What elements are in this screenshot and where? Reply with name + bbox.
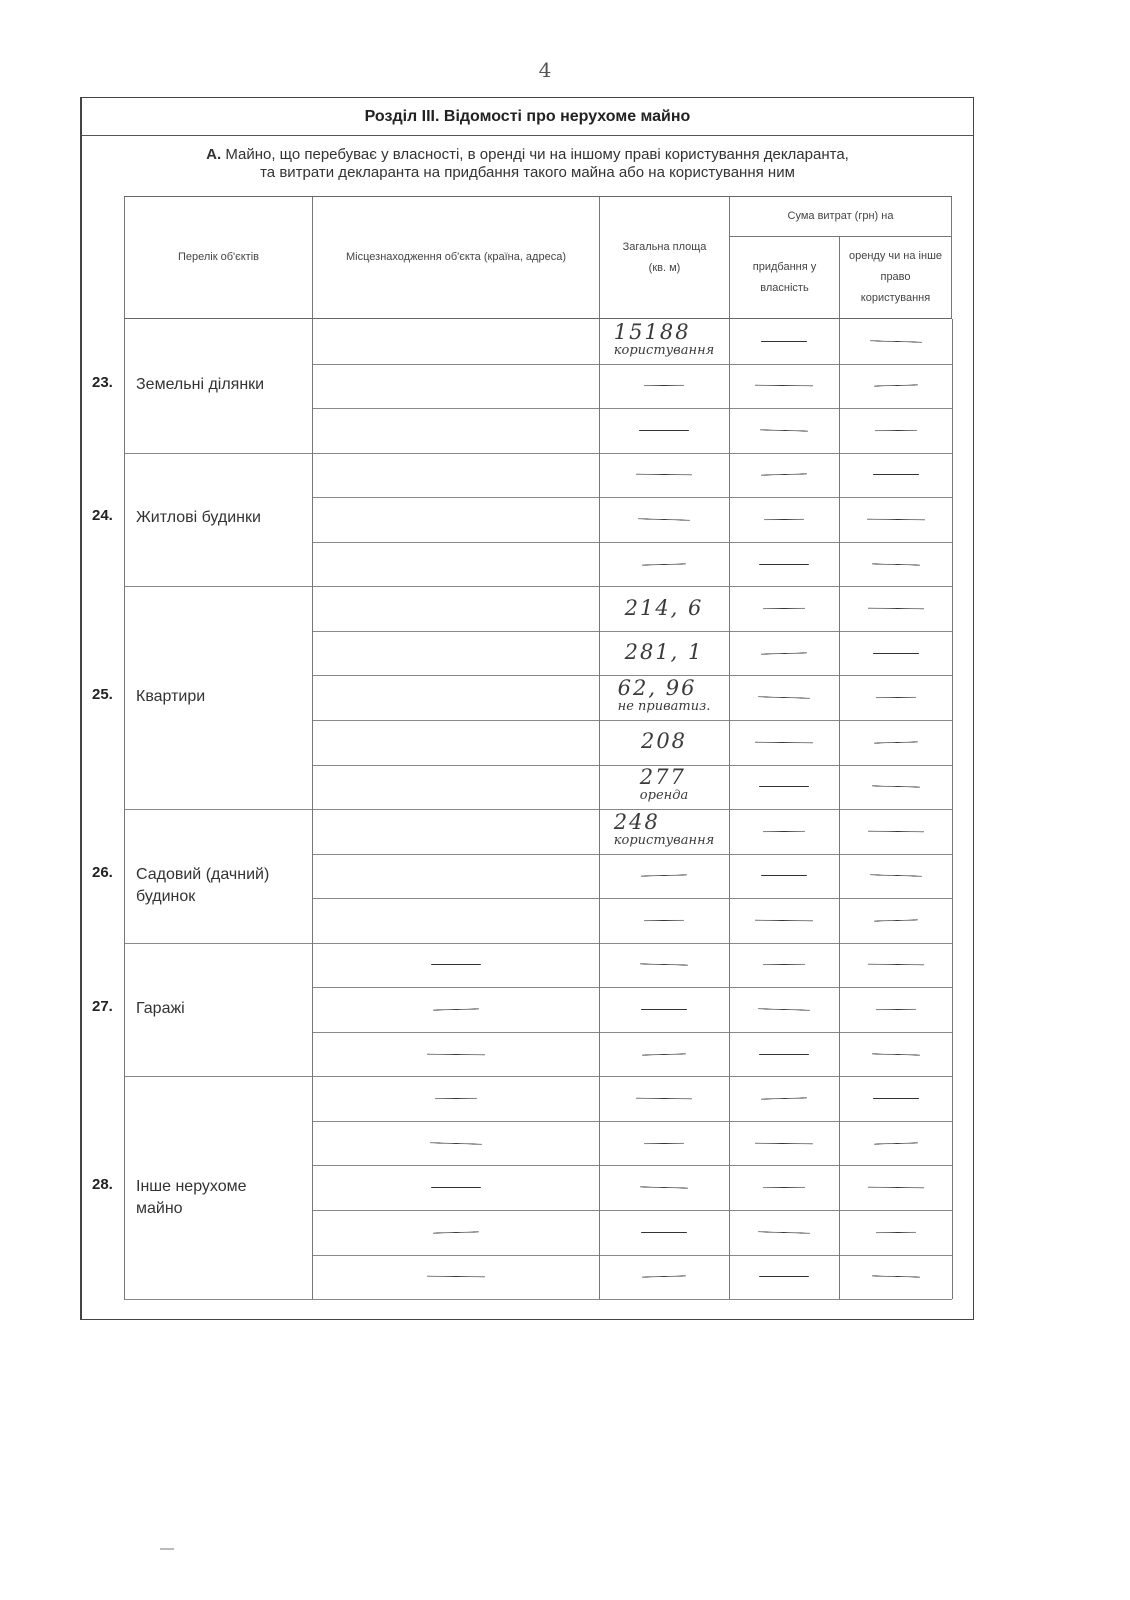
group-number: 28. bbox=[92, 1176, 113, 1193]
cell-area[interactable] bbox=[599, 943, 729, 988]
cell-rent[interactable] bbox=[839, 497, 952, 542]
header-objects: Перелік об'єктів bbox=[124, 197, 312, 318]
cell-location[interactable] bbox=[312, 1121, 599, 1166]
handwritten-dash bbox=[873, 1098, 919, 1099]
cell-purchase[interactable] bbox=[729, 765, 839, 810]
subtitle-line-2: та витрати декларанта на придбання таког… bbox=[82, 164, 973, 182]
subtitle-prefix: А. bbox=[206, 146, 221, 163]
handwritten-dash bbox=[642, 1053, 686, 1055]
handwritten-dash bbox=[761, 875, 807, 876]
handwritten-dash bbox=[636, 1098, 692, 1100]
cell-purchase[interactable] bbox=[729, 987, 839, 1032]
cell-area[interactable] bbox=[599, 497, 729, 542]
cell-area[interactable] bbox=[599, 1210, 729, 1255]
column-border bbox=[599, 319, 600, 1299]
cell-purchase[interactable] bbox=[729, 1255, 839, 1300]
handwritten-dash bbox=[873, 1142, 917, 1144]
cell-area[interactable]: 277оренда bbox=[599, 765, 729, 810]
column-border bbox=[312, 319, 313, 1299]
handwritten-dash bbox=[763, 1187, 805, 1189]
cell-rent[interactable] bbox=[839, 720, 952, 765]
cell-purchase[interactable] bbox=[729, 1165, 839, 1210]
handwritten-dash bbox=[636, 474, 692, 476]
cell-location[interactable] bbox=[312, 898, 599, 943]
cell-purchase[interactable] bbox=[729, 453, 839, 498]
handwritten-dash bbox=[431, 1187, 481, 1188]
handwritten-dash bbox=[644, 920, 684, 922]
cell-area[interactable] bbox=[599, 1076, 729, 1121]
cell-location[interactable] bbox=[312, 943, 599, 988]
handwritten-dash bbox=[866, 519, 924, 521]
group-label: Садовий (дачний) будинок bbox=[136, 864, 296, 908]
handwritten-dash bbox=[875, 1231, 915, 1233]
cell-location[interactable] bbox=[312, 408, 599, 453]
header-expenses-group: Сума витрат (грн) на bbox=[729, 197, 952, 237]
cell-area[interactable] bbox=[599, 854, 729, 899]
handwritten-dash bbox=[871, 1276, 919, 1278]
handwritten-dash bbox=[869, 875, 921, 877]
handwritten-dash bbox=[873, 385, 917, 387]
handwritten-dash bbox=[867, 830, 923, 832]
cell-location[interactable] bbox=[312, 453, 599, 498]
cell-area[interactable]: 214, 6 bbox=[599, 586, 729, 631]
cell-location[interactable] bbox=[312, 586, 599, 631]
handwritten-dash bbox=[867, 964, 923, 966]
cell-location[interactable] bbox=[312, 809, 599, 854]
cell-location[interactable] bbox=[312, 1210, 599, 1255]
cell-location[interactable] bbox=[312, 1032, 599, 1077]
handwritten-value: 15188користування bbox=[614, 324, 714, 359]
cell-purchase[interactable] bbox=[729, 1076, 839, 1121]
section-frame: Розділ III. Відомості про нерухоме майно… bbox=[80, 97, 974, 1320]
cell-purchase[interactable] bbox=[729, 408, 839, 453]
handwritten-dash bbox=[763, 831, 805, 833]
cell-purchase[interactable] bbox=[729, 898, 839, 943]
handwritten-dash bbox=[759, 564, 809, 565]
handwritten-dash bbox=[641, 1009, 687, 1010]
group-label: Земельні ділянки bbox=[136, 374, 296, 396]
group-number: 25. bbox=[92, 686, 113, 703]
handwritten-dash bbox=[641, 875, 687, 877]
cell-rent[interactable] bbox=[839, 1076, 952, 1121]
handwritten-dash bbox=[755, 1142, 813, 1144]
cell-area[interactable] bbox=[599, 364, 729, 409]
cell-purchase[interactable] bbox=[729, 1210, 839, 1255]
handwritten-value: 248користування bbox=[614, 814, 714, 849]
handwritten-value: 281, 1 bbox=[625, 644, 704, 662]
cell-location[interactable] bbox=[312, 1165, 599, 1210]
cell-rent[interactable] bbox=[839, 765, 952, 810]
cell-location[interactable] bbox=[312, 631, 599, 676]
cell-area[interactable] bbox=[599, 898, 729, 943]
cell-area[interactable] bbox=[599, 408, 729, 453]
column-border bbox=[839, 319, 840, 1299]
handwritten-dash bbox=[759, 1054, 809, 1055]
handwritten-dash bbox=[759, 786, 809, 787]
cell-purchase[interactable] bbox=[729, 586, 839, 631]
cell-rent[interactable] bbox=[839, 1165, 952, 1210]
group-divider bbox=[124, 1299, 952, 1300]
cell-location[interactable] bbox=[312, 497, 599, 542]
page-number: 4 bbox=[0, 58, 1090, 82]
group-number: 23. bbox=[92, 374, 113, 391]
handwritten-dash bbox=[432, 1008, 478, 1010]
cell-area[interactable] bbox=[599, 453, 729, 498]
cell-rent[interactable] bbox=[839, 987, 952, 1032]
cell-rent[interactable] bbox=[839, 631, 952, 676]
handwritten-dash bbox=[642, 1276, 686, 1278]
handwritten-dash bbox=[761, 474, 807, 476]
cell-rent[interactable] bbox=[839, 453, 952, 498]
cell-purchase[interactable] bbox=[729, 675, 839, 720]
handwritten-dash bbox=[763, 608, 805, 610]
cell-rent[interactable] bbox=[839, 1255, 952, 1300]
header-purchase: придбання у власність bbox=[729, 237, 839, 318]
column-border bbox=[729, 319, 730, 1299]
handwritten-dash bbox=[638, 518, 690, 520]
handwritten-dash bbox=[867, 608, 923, 610]
handwritten-dash bbox=[871, 1053, 919, 1055]
cell-area[interactable]: 281, 1 bbox=[599, 631, 729, 676]
handwritten-dash bbox=[760, 429, 808, 431]
cell-location[interactable] bbox=[312, 319, 599, 364]
handwritten-dash bbox=[761, 652, 807, 654]
handwritten-dash bbox=[873, 741, 917, 743]
handwritten-dash bbox=[426, 1053, 484, 1055]
cell-area[interactable] bbox=[599, 1165, 729, 1210]
cell-rent[interactable] bbox=[839, 319, 952, 364]
subtitle-line-1: Майно, що перебуває у власності, в оренд… bbox=[221, 146, 849, 163]
cell-rent[interactable] bbox=[839, 1121, 952, 1166]
handwritten-dash bbox=[434, 1098, 476, 1100]
cell-rent[interactable] bbox=[839, 1032, 952, 1077]
handwritten-dash bbox=[640, 964, 688, 966]
group-label: Житлові будинки bbox=[136, 507, 296, 529]
handwritten-dash bbox=[758, 696, 810, 698]
handwritten-dash bbox=[432, 1231, 478, 1233]
cell-purchase[interactable] bbox=[729, 319, 839, 364]
cell-area[interactable]: 248користування bbox=[599, 809, 729, 854]
handwritten-dash bbox=[639, 430, 689, 431]
cell-area[interactable] bbox=[599, 542, 729, 587]
handwritten-dash bbox=[873, 653, 919, 654]
cell-purchase[interactable] bbox=[729, 1121, 839, 1166]
group-number: 26. bbox=[92, 864, 113, 881]
handwritten-dash bbox=[763, 964, 805, 966]
cell-rent[interactable] bbox=[839, 675, 952, 720]
group-label: Інше нерухоме майно bbox=[136, 1176, 296, 1220]
cell-area[interactable]: 62, 96не приватиз. bbox=[599, 675, 729, 720]
cell-rent[interactable] bbox=[839, 943, 952, 988]
cell-location[interactable] bbox=[312, 854, 599, 899]
header-rent: оренду чи на інше право користування bbox=[839, 237, 952, 318]
cell-rent[interactable] bbox=[839, 854, 952, 899]
header-area: Загальна площа (кв. м) bbox=[599, 197, 729, 318]
cell-rent[interactable] bbox=[839, 1210, 952, 1255]
group-label: Квартири bbox=[136, 686, 296, 708]
cell-purchase[interactable] bbox=[729, 720, 839, 765]
handwritten-dash bbox=[759, 1276, 809, 1277]
cell-location[interactable] bbox=[312, 765, 599, 810]
cell-purchase[interactable] bbox=[729, 542, 839, 587]
handwritten-dash bbox=[761, 1097, 807, 1099]
handwritten-dash bbox=[755, 385, 813, 387]
cell-location[interactable] bbox=[312, 364, 599, 409]
header-location: Місцезнаходження об'єкта (країна, адреса… bbox=[312, 197, 599, 318]
handwritten-value: 208 bbox=[641, 733, 687, 751]
cell-location[interactable] bbox=[312, 720, 599, 765]
column-border bbox=[952, 319, 953, 1299]
cell-area[interactable] bbox=[599, 1255, 729, 1300]
handwritten-dash bbox=[644, 1142, 684, 1144]
column-border bbox=[124, 319, 125, 1299]
handwritten-value: 214, 6 bbox=[625, 600, 704, 618]
cell-location[interactable] bbox=[312, 675, 599, 720]
cell-area[interactable] bbox=[599, 1032, 729, 1077]
handwritten-dash bbox=[755, 920, 813, 922]
handwritten-dash bbox=[873, 919, 917, 921]
handwritten-dash bbox=[641, 1232, 687, 1233]
cell-purchase[interactable] bbox=[729, 1032, 839, 1077]
group-label: Гаражі bbox=[136, 998, 296, 1020]
handwritten-dash bbox=[875, 697, 915, 699]
handwritten-dash bbox=[642, 563, 686, 565]
cell-purchase[interactable] bbox=[729, 631, 839, 676]
cell-rent[interactable] bbox=[839, 542, 952, 587]
cell-rent[interactable] bbox=[839, 586, 952, 631]
cell-purchase[interactable] bbox=[729, 943, 839, 988]
handwritten-dash bbox=[431, 964, 481, 965]
cell-area[interactable]: 15188користування bbox=[599, 319, 729, 364]
cell-rent[interactable] bbox=[839, 898, 952, 943]
scan-mark bbox=[160, 1548, 174, 1550]
handwritten-dash bbox=[764, 519, 804, 521]
cell-purchase[interactable] bbox=[729, 809, 839, 854]
handwritten-dash bbox=[874, 430, 916, 432]
handwritten-dash bbox=[640, 1187, 688, 1189]
handwritten-dash bbox=[644, 385, 684, 387]
cell-purchase[interactable] bbox=[729, 497, 839, 542]
handwritten-dash bbox=[869, 340, 921, 342]
cell-location[interactable] bbox=[312, 542, 599, 587]
handwritten-dash bbox=[761, 341, 807, 342]
group-number: 27. bbox=[92, 998, 113, 1015]
cell-rent[interactable] bbox=[839, 408, 952, 453]
cell-rent[interactable] bbox=[839, 809, 952, 854]
handwritten-dash bbox=[758, 1008, 810, 1010]
handwritten-value: 277оренда bbox=[640, 769, 688, 804]
cell-location[interactable] bbox=[312, 1076, 599, 1121]
cell-location[interactable] bbox=[312, 987, 599, 1032]
table-header: Перелік об'єктів Місцезнаходження об'єкт… bbox=[124, 196, 952, 319]
section-title: Розділ III. Відомості про нерухоме майно bbox=[82, 98, 973, 136]
section-subtitle: А. Майно, що перебуває у власності, в ор… bbox=[82, 146, 973, 182]
cell-area[interactable] bbox=[599, 987, 729, 1032]
group-number: 24. bbox=[92, 507, 113, 524]
cell-purchase[interactable] bbox=[729, 854, 839, 899]
handwritten-dash bbox=[867, 1187, 923, 1189]
handwritten-dash bbox=[426, 1276, 484, 1278]
handwritten-value: 62, 96не приватиз. bbox=[618, 680, 711, 715]
handwritten-dash bbox=[755, 741, 813, 743]
handwritten-dash bbox=[871, 563, 919, 565]
handwritten-dash bbox=[871, 786, 919, 788]
cell-rent[interactable] bbox=[839, 364, 952, 409]
cell-area[interactable] bbox=[599, 1121, 729, 1166]
cell-area[interactable]: 208 bbox=[599, 720, 729, 765]
handwritten-dash bbox=[875, 1009, 915, 1011]
cell-purchase[interactable] bbox=[729, 364, 839, 409]
handwritten-dash bbox=[758, 1231, 810, 1233]
handwritten-dash bbox=[429, 1142, 481, 1144]
cell-location[interactable] bbox=[312, 1255, 599, 1300]
handwritten-dash bbox=[873, 474, 919, 475]
